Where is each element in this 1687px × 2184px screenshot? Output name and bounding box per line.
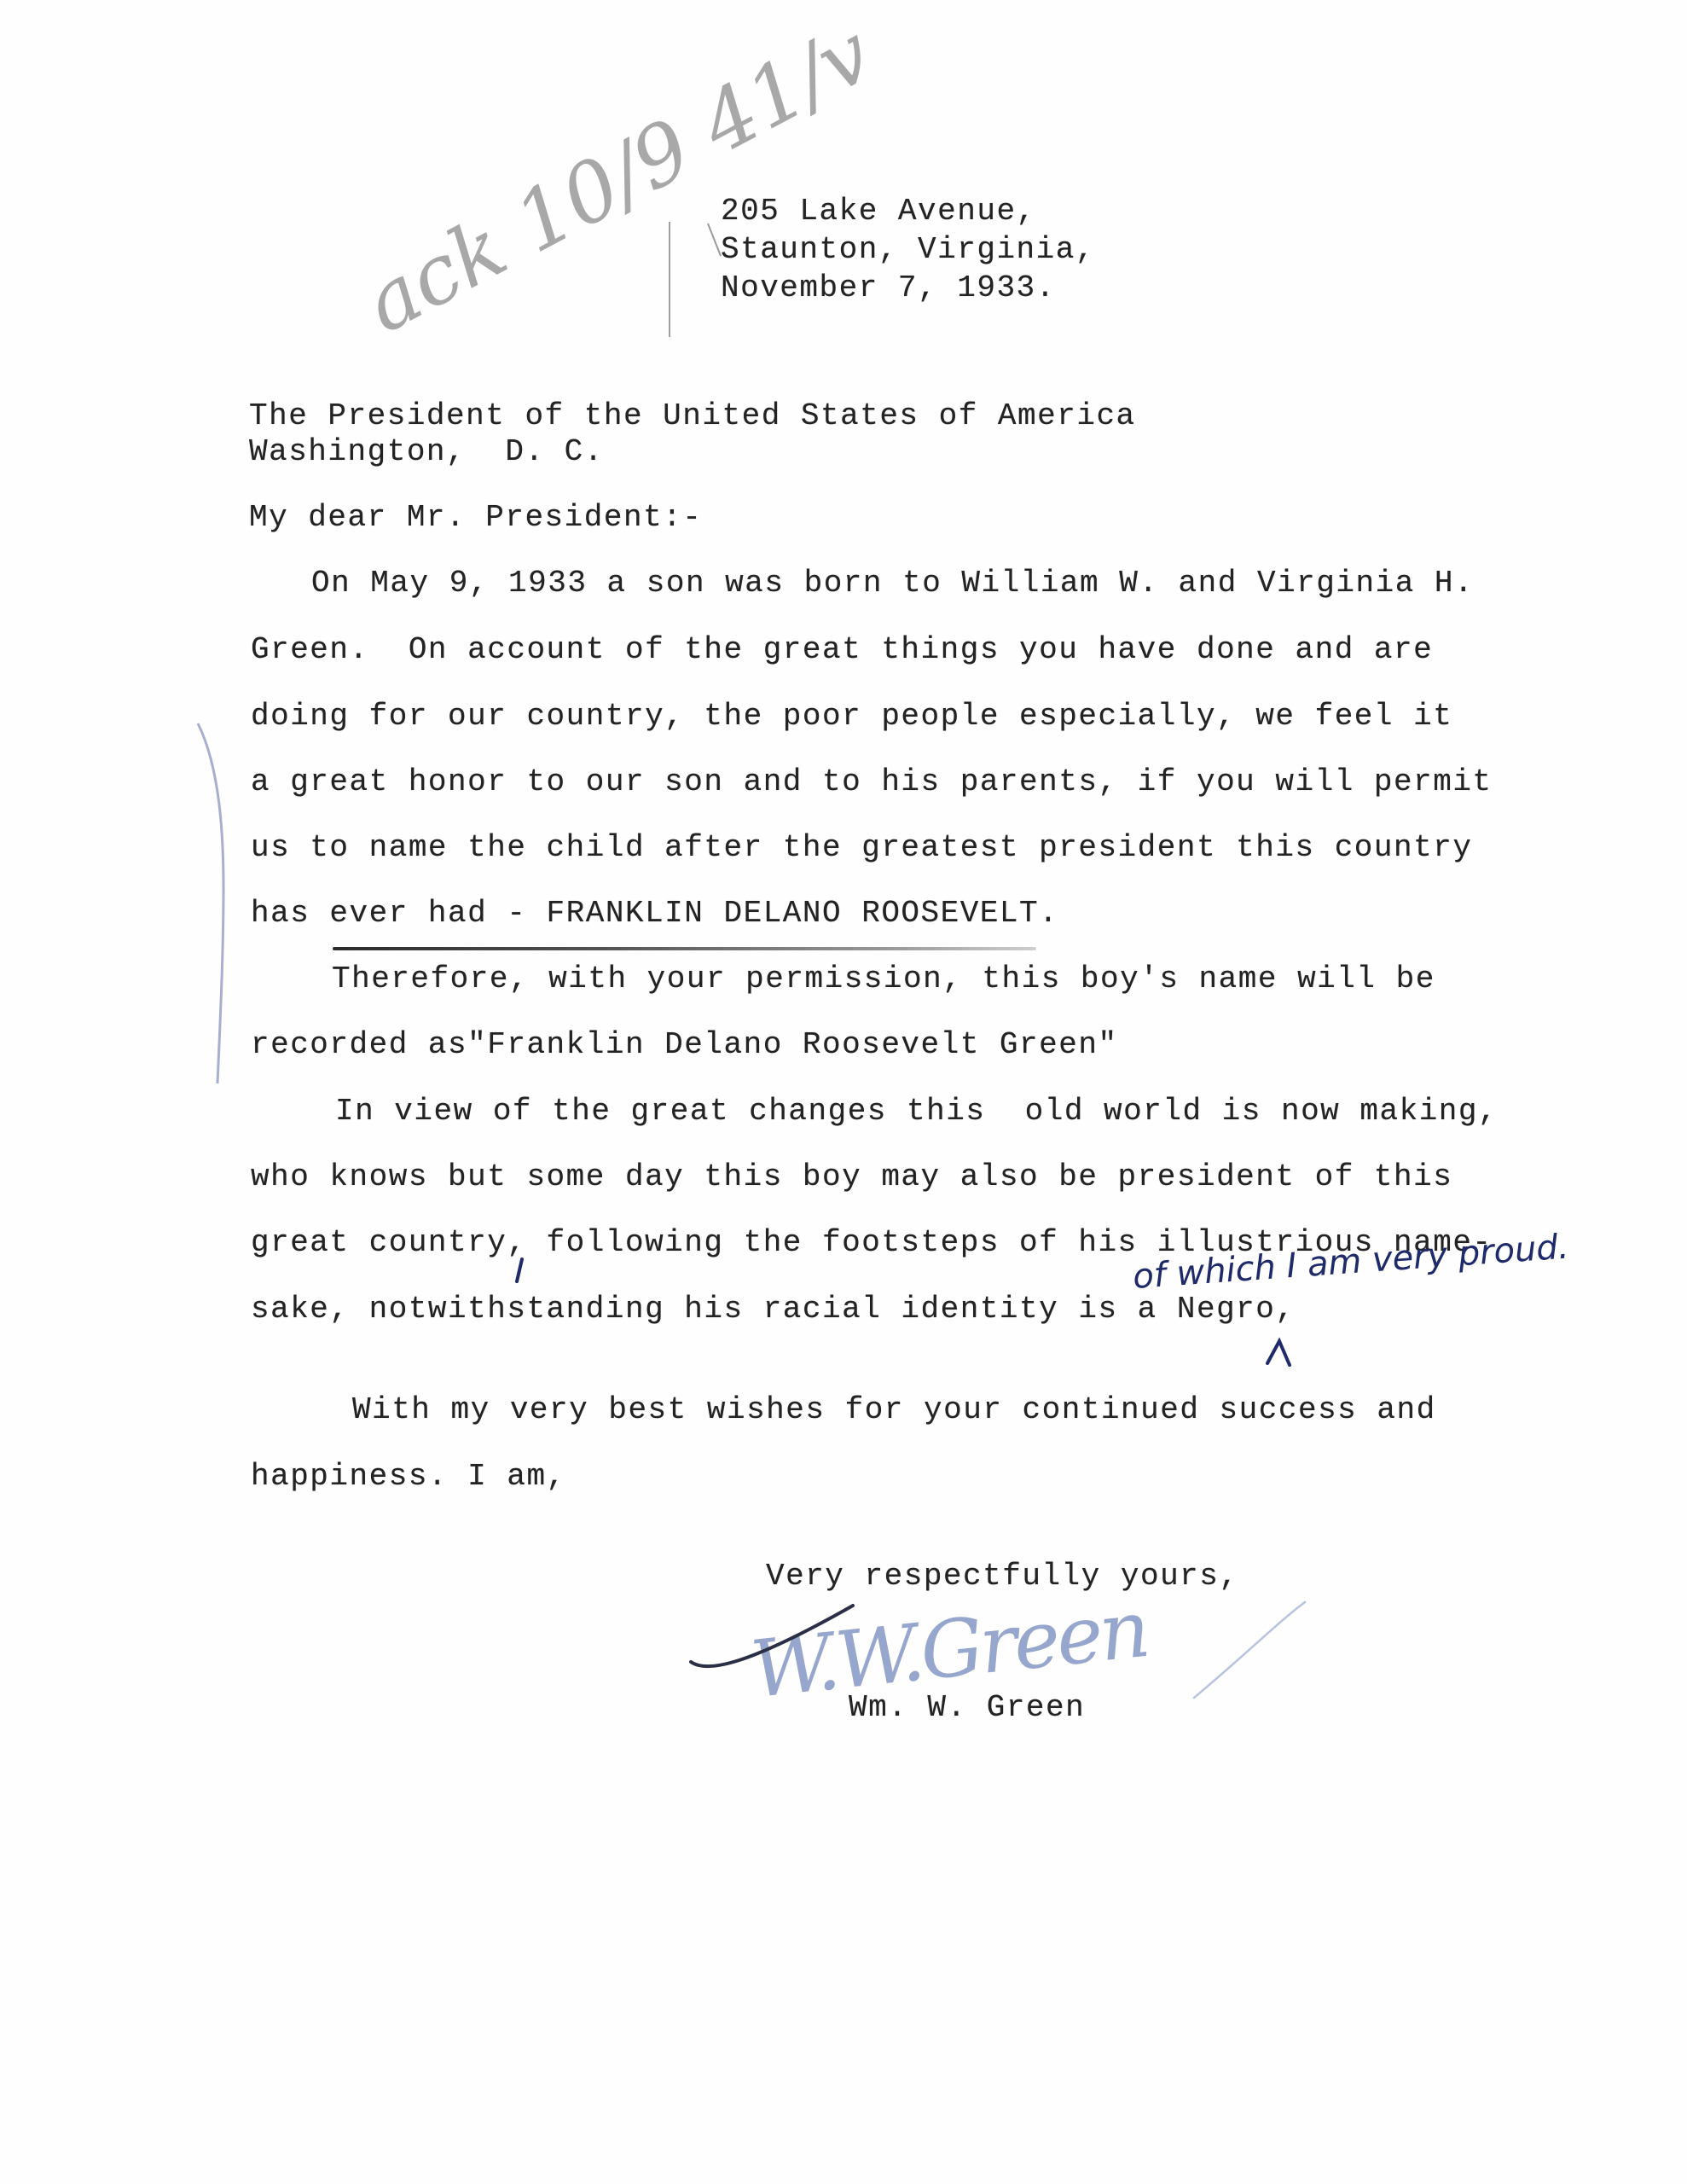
paragraph-2-line-2: recorded as"Franklin Delano Roosevelt Gr… (251, 1026, 1118, 1064)
paragraph-1-line-1: On May 9, 1933 a son was born to William… (311, 565, 1474, 602)
paragraph-1-line-6: has ever had - FRANKLIN DELANO ROOSEVELT… (251, 895, 1058, 932)
recipient-line-2: Washington, D. C. (249, 433, 604, 471)
ink-marks (0, 0, 1687, 2184)
pencil-check-icon (708, 224, 721, 256)
margin-mark-icon (198, 723, 223, 1083)
salutation: My dear Mr. President:- (249, 499, 702, 537)
typed-name: Wm. W. Green (849, 1689, 1085, 1727)
paragraph-4-line-1: With my very best wishes for your contin… (352, 1391, 1436, 1429)
paragraph-2-line-1: Therefore, with your permission, this bo… (332, 961, 1435, 998)
closing: Very respectfully yours, (766, 1558, 1238, 1595)
letter-page: ack 10/9 41/v 205 Lake Avenue, Staunton,… (0, 0, 1687, 2184)
name-underline (333, 947, 1036, 950)
sender-city: Staunton, Virginia, (721, 231, 1095, 269)
letter-date: November 7, 1933. (721, 270, 1056, 307)
sender-street: 205 Lake Avenue, (721, 193, 1036, 230)
recipient-line-1: The President of the United States of Am… (249, 398, 1136, 435)
signature-tail-stroke-icon (1194, 1602, 1305, 1698)
paragraph-3-line-2: who knows but some day this boy may also… (251, 1159, 1452, 1196)
paragraph-4-line-2: happiness. I am, (251, 1458, 566, 1496)
insertion-caret-icon (1267, 1341, 1290, 1365)
comma-correction-icon (517, 1259, 522, 1281)
paragraph-3-line-1: In view of the great changes this old wo… (335, 1093, 1498, 1130)
paragraph-1-line-5: us to name the child after the greatest … (251, 829, 1472, 867)
paragraph-1-line-4: a great honor to our son and to his pare… (251, 764, 1493, 801)
paragraph-1-line-2: Green. On account of the great things yo… (251, 631, 1433, 669)
paragraph-1-line-3: doing for our country, the poor people e… (251, 698, 1452, 735)
